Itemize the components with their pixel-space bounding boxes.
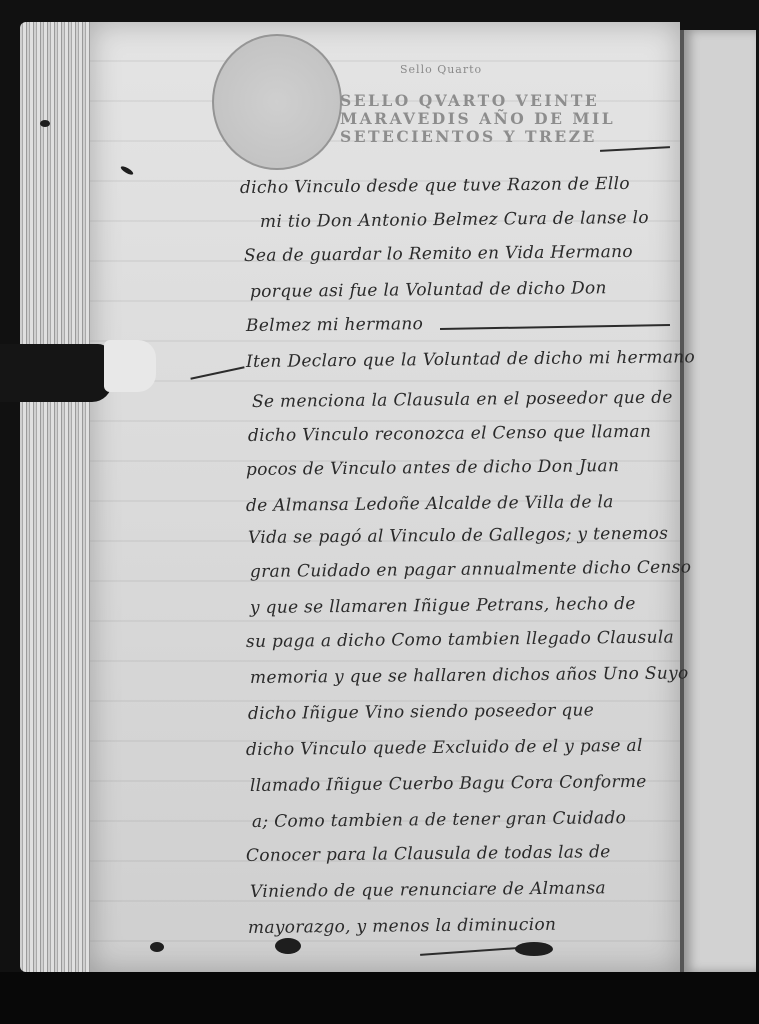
handwriting-line-18: llamado Iñigue Cuerbo Bagu Cora Conforme (250, 772, 647, 796)
seal-label: Sello Quarto (400, 63, 482, 76)
thumb-tip (104, 340, 156, 392)
handwriting-line-4: porque asi fue la Voluntad de dicho Don (250, 278, 607, 302)
handwriting-line-5: Belmez mi hermano (246, 314, 423, 336)
handwriting-line-22: mayorazgo, y menos la diminucion (248, 915, 556, 938)
ink-blot (40, 120, 50, 127)
handwriting-line-13: y que se llamaren Iñigue Petrans, hecho … (250, 594, 636, 618)
ink-blot (150, 942, 164, 952)
handwriting-line-21: Viniendo de que renunciare de Almansa (250, 878, 606, 902)
handwriting-line-17: dicho Vinculo quede Excluido de el y pas… (246, 736, 643, 760)
handwriting-line-2: mi tio Don Antonio Belmez Cura de lanse … (260, 208, 649, 232)
stamped-paper-header: SELLO QVARTO VEINTE MARAVEDIS AÑO DE MIL… (340, 92, 670, 146)
stamp-line-3: SETECIENTOS Y TREZE (340, 128, 670, 146)
handwriting-line-3: Sea de guardar lo Remito en Vida Hermano (244, 242, 633, 266)
handwriting-line-10: de Almansa Ledoñe Alcalde de Villa de la (246, 492, 614, 516)
handwriting-line-19: a; Como tambien a de tener gran Cuidado (252, 808, 626, 832)
stamp-line-2: MARAVEDIS AÑO DE MIL (340, 110, 670, 128)
ink-blot (515, 942, 553, 956)
embossed-seal (212, 34, 342, 170)
gloved-thumb-holding-page (0, 338, 155, 400)
stamp-line-1: SELLO QVARTO VEINTE (340, 92, 670, 110)
ink-blot (275, 938, 301, 954)
handwriting-line-16: dicho Iñigue Vino siendo poseedor que (248, 700, 594, 724)
handwriting-line-8: dicho Vinculo reconozca el Censo que lla… (248, 422, 651, 446)
book-page-edges (20, 22, 100, 972)
scan-bottom-border (0, 972, 759, 1024)
handwriting-line-1: dicho Vinculo desde que tuve Razon de El… (240, 174, 630, 198)
handwriting-line-20: Conocer para la Clausula de todas las de (246, 842, 611, 866)
black-glove (0, 344, 112, 402)
adjacent-page-edge (680, 30, 756, 972)
handwriting-line-9: pocos de Vinculo antes de dicho Don Juan (246, 456, 619, 480)
